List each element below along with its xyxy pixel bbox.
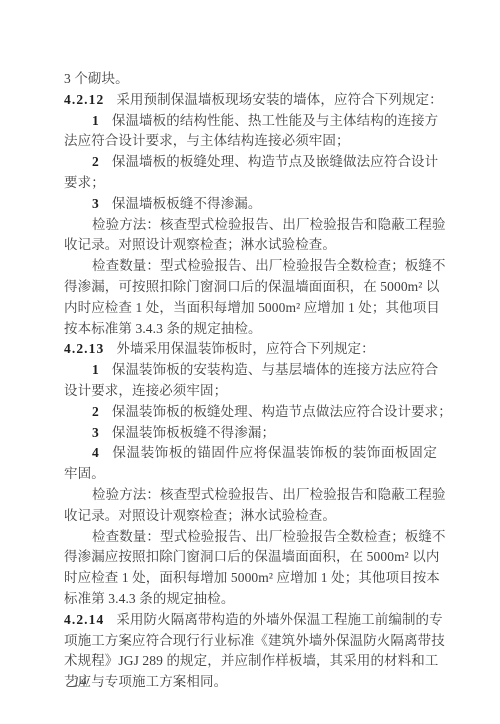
text-segment: 得渗漏，可按照扣除门窗洞口后的保温墙面面积，在 5000m² 以 <box>64 279 440 294</box>
text-segment: 牢固。 <box>64 466 105 481</box>
text-segment: 术规程》JGJ 289 的规定，并应制作样板墙，其采用的材料和工 <box>64 653 438 668</box>
clause-number: 1 <box>92 113 100 128</box>
text-line: 按本标准第 3.4.3 条的规定抽检。 <box>64 319 437 340</box>
text-line: 牢固。 <box>64 464 437 485</box>
text-line: 检查数量：型式检验报告、出厂检验报告全数检查；板缝不 <box>64 527 437 548</box>
text-segment: 保温装饰板的安装构造、与基层墙体的连接方法应符合 <box>112 362 438 377</box>
text-line: 收记录。对照设计观察检查；淋水试验检查。 <box>64 506 437 527</box>
text-line: 标准第 3.4.3 条的规定抽检。 <box>64 589 437 610</box>
text-line: 要求； <box>64 173 437 194</box>
text-line: 检查数量：型式检验报告、出厂检验报告全数检查；板缝不 <box>64 256 437 277</box>
text-segment: 保温墙板的板缝处理、构造节点及嵌缝做法应符合设计 <box>112 154 438 169</box>
text-line: 检验方法：核查型式检验报告、出厂检验报告和隐蔽工程验 <box>64 215 437 236</box>
text-segment: 采用防火隔离带构造的外墙外保温工程施工前编制的专 <box>116 612 442 627</box>
text-line: 4.2.13外墙采用保温装饰板时，应符合下列规定： <box>64 339 437 360</box>
text-segment: 检查数量：型式检验报告、出厂检验报告全数检查；板缝不 <box>92 529 446 544</box>
text-segment: 要求； <box>64 175 105 190</box>
text-segment: 时应检查 1 处，面积每增加 5000m² 应增加 1 处；其他项目按本 <box>64 570 440 585</box>
document-page: 3 个砌块。4.2.12采用预制保温墙板现场安装的墙体，应符合下列规定：1保温墙… <box>0 0 500 724</box>
clause-number: 4.2.13 <box>64 341 104 356</box>
text-line: 3保温装饰板板缝不得渗漏； <box>64 423 437 444</box>
text-segment: 采用预制保温墙板现场安装的墙体，应符合下列规定： <box>116 92 442 107</box>
text-segment: 保温装饰板的锚固件应将保温装饰板的装饰面板固定 <box>112 445 437 460</box>
clause-number: 4 <box>92 445 100 460</box>
clause-number: 3 <box>92 425 100 440</box>
text-line: 术规程》JGJ 289 的规定，并应制作样板墙，其采用的材料和工 <box>64 651 437 672</box>
text-segment: 设计要求，连接必须牢固； <box>64 383 227 398</box>
text-segment: 3 个砌块。 <box>64 71 129 86</box>
text-line: 4保温装饰板的锚固件应将保温装饰板的装饰面板固定 <box>64 443 437 464</box>
text-segment: 保温装饰板的板缝处理、构造节点做法应符合设计要求； <box>112 404 452 419</box>
text-segment: 标准第 3.4.3 条的规定抽检。 <box>64 591 234 606</box>
text-segment: 法应符合设计要求，与主体结构连接必须牢固； <box>64 133 350 148</box>
text-segment: 得渗漏应按照扣除门窗洞口后的保温墙面面积，在 5000m² 以内 <box>64 549 440 564</box>
text-segment: 保温装饰板板缝不得渗漏； <box>112 425 275 440</box>
text-line: 3保温墙板板缝不得渗漏。 <box>64 194 437 215</box>
text-segment: 项施工方案应符合现行行业标准《建筑外墙外保温防火隔离带技 <box>64 633 445 648</box>
text-line: 2保温装饰板的板缝处理、构造节点做法应符合设计要求； <box>64 402 437 423</box>
text-line: 法应符合设计要求，与主体结构连接必须牢固； <box>64 131 437 152</box>
text-line: 4.2.12采用预制保温墙板现场安装的墙体，应符合下列规定： <box>64 90 437 111</box>
text-segment: 艺应与专项施工方案相同。 <box>64 674 227 689</box>
clause-number: 4.2.12 <box>64 92 104 107</box>
text-segment: 外墙采用保温装饰板时，应符合下列规定： <box>116 341 374 356</box>
text-line: 得渗漏应按照扣除门窗洞口后的保温墙面面积，在 5000m² 以内 <box>64 547 437 568</box>
text-line: 3 个砌块。 <box>64 69 437 90</box>
text-segment: 收记录。对照设计观察检查；淋水试验检查。 <box>64 237 336 252</box>
text-line: 1保温墙板的结构性能、热工性能及与主体结构的连接方 <box>64 111 437 132</box>
text-segment: 检查数量：型式检验报告、出厂检验报告全数检查；板缝不 <box>92 258 446 273</box>
text-line: 4.2.14采用防火隔离带构造的外墙外保温工程施工前编制的专 <box>64 610 437 631</box>
text-line: 检验方法：核查型式检验报告、出厂检验报告和隐蔽工程验 <box>64 485 437 506</box>
clause-number: 2 <box>92 154 100 169</box>
text-segment: 内时应检查 1 处，当面积每增加 5000m² 应增加 1 处；其他项目 <box>64 300 440 315</box>
text-line: 1保温装饰板的安装构造、与基层墙体的连接方法应符合 <box>64 360 437 381</box>
clause-number: 3 <box>92 196 100 211</box>
text-line: 设计要求，连接必须牢固； <box>64 381 437 402</box>
text-line: 内时应检查 1 处，当面积每增加 5000m² 应增加 1 处；其他项目 <box>64 298 437 319</box>
clause-number: 1 <box>92 362 100 377</box>
text-line: 项施工方案应符合现行行业标准《建筑外墙外保温防火隔离带技 <box>64 631 437 652</box>
text-segment: 检验方法：核查型式检验报告、出厂检验报告和隐蔽工程验 <box>92 217 446 232</box>
text-line: 艺应与专项施工方案相同。 <box>64 672 437 693</box>
text-segment: 保温墙板板缝不得渗漏。 <box>112 196 262 211</box>
text-line: 2保温墙板的板缝处理、构造节点及嵌缝做法应符合设计 <box>64 152 437 173</box>
clause-number: 2 <box>92 404 100 419</box>
text-line: 收记录。对照设计观察检查；淋水试验检查。 <box>64 235 437 256</box>
text-line: 得渗漏，可按照扣除门窗洞口后的保温墙面面积，在 5000m² 以 <box>64 277 437 298</box>
text-segment: 按本标准第 3.4.3 条的规定抽检。 <box>64 321 262 336</box>
clause-number: 4.2.14 <box>64 612 104 627</box>
text-segment: 保温墙板的结构性能、热工性能及与主体结构的连接方 <box>112 113 438 128</box>
text-segment: 检验方法：核查型式检验报告、出厂检验报告和隐蔽工程验 <box>92 487 446 502</box>
text-segment: 收记录。对照设计观察检查；淋水试验检查。 <box>64 508 336 523</box>
text-line: 时应检查 1 处，面积每增加 5000m² 应增加 1 处；其他项目按本 <box>64 568 437 589</box>
page-number: 14 <box>73 672 87 693</box>
page-content: 3 个砌块。4.2.12采用预制保温墙板现场安装的墙体，应符合下列规定：1保温墙… <box>64 69 437 693</box>
